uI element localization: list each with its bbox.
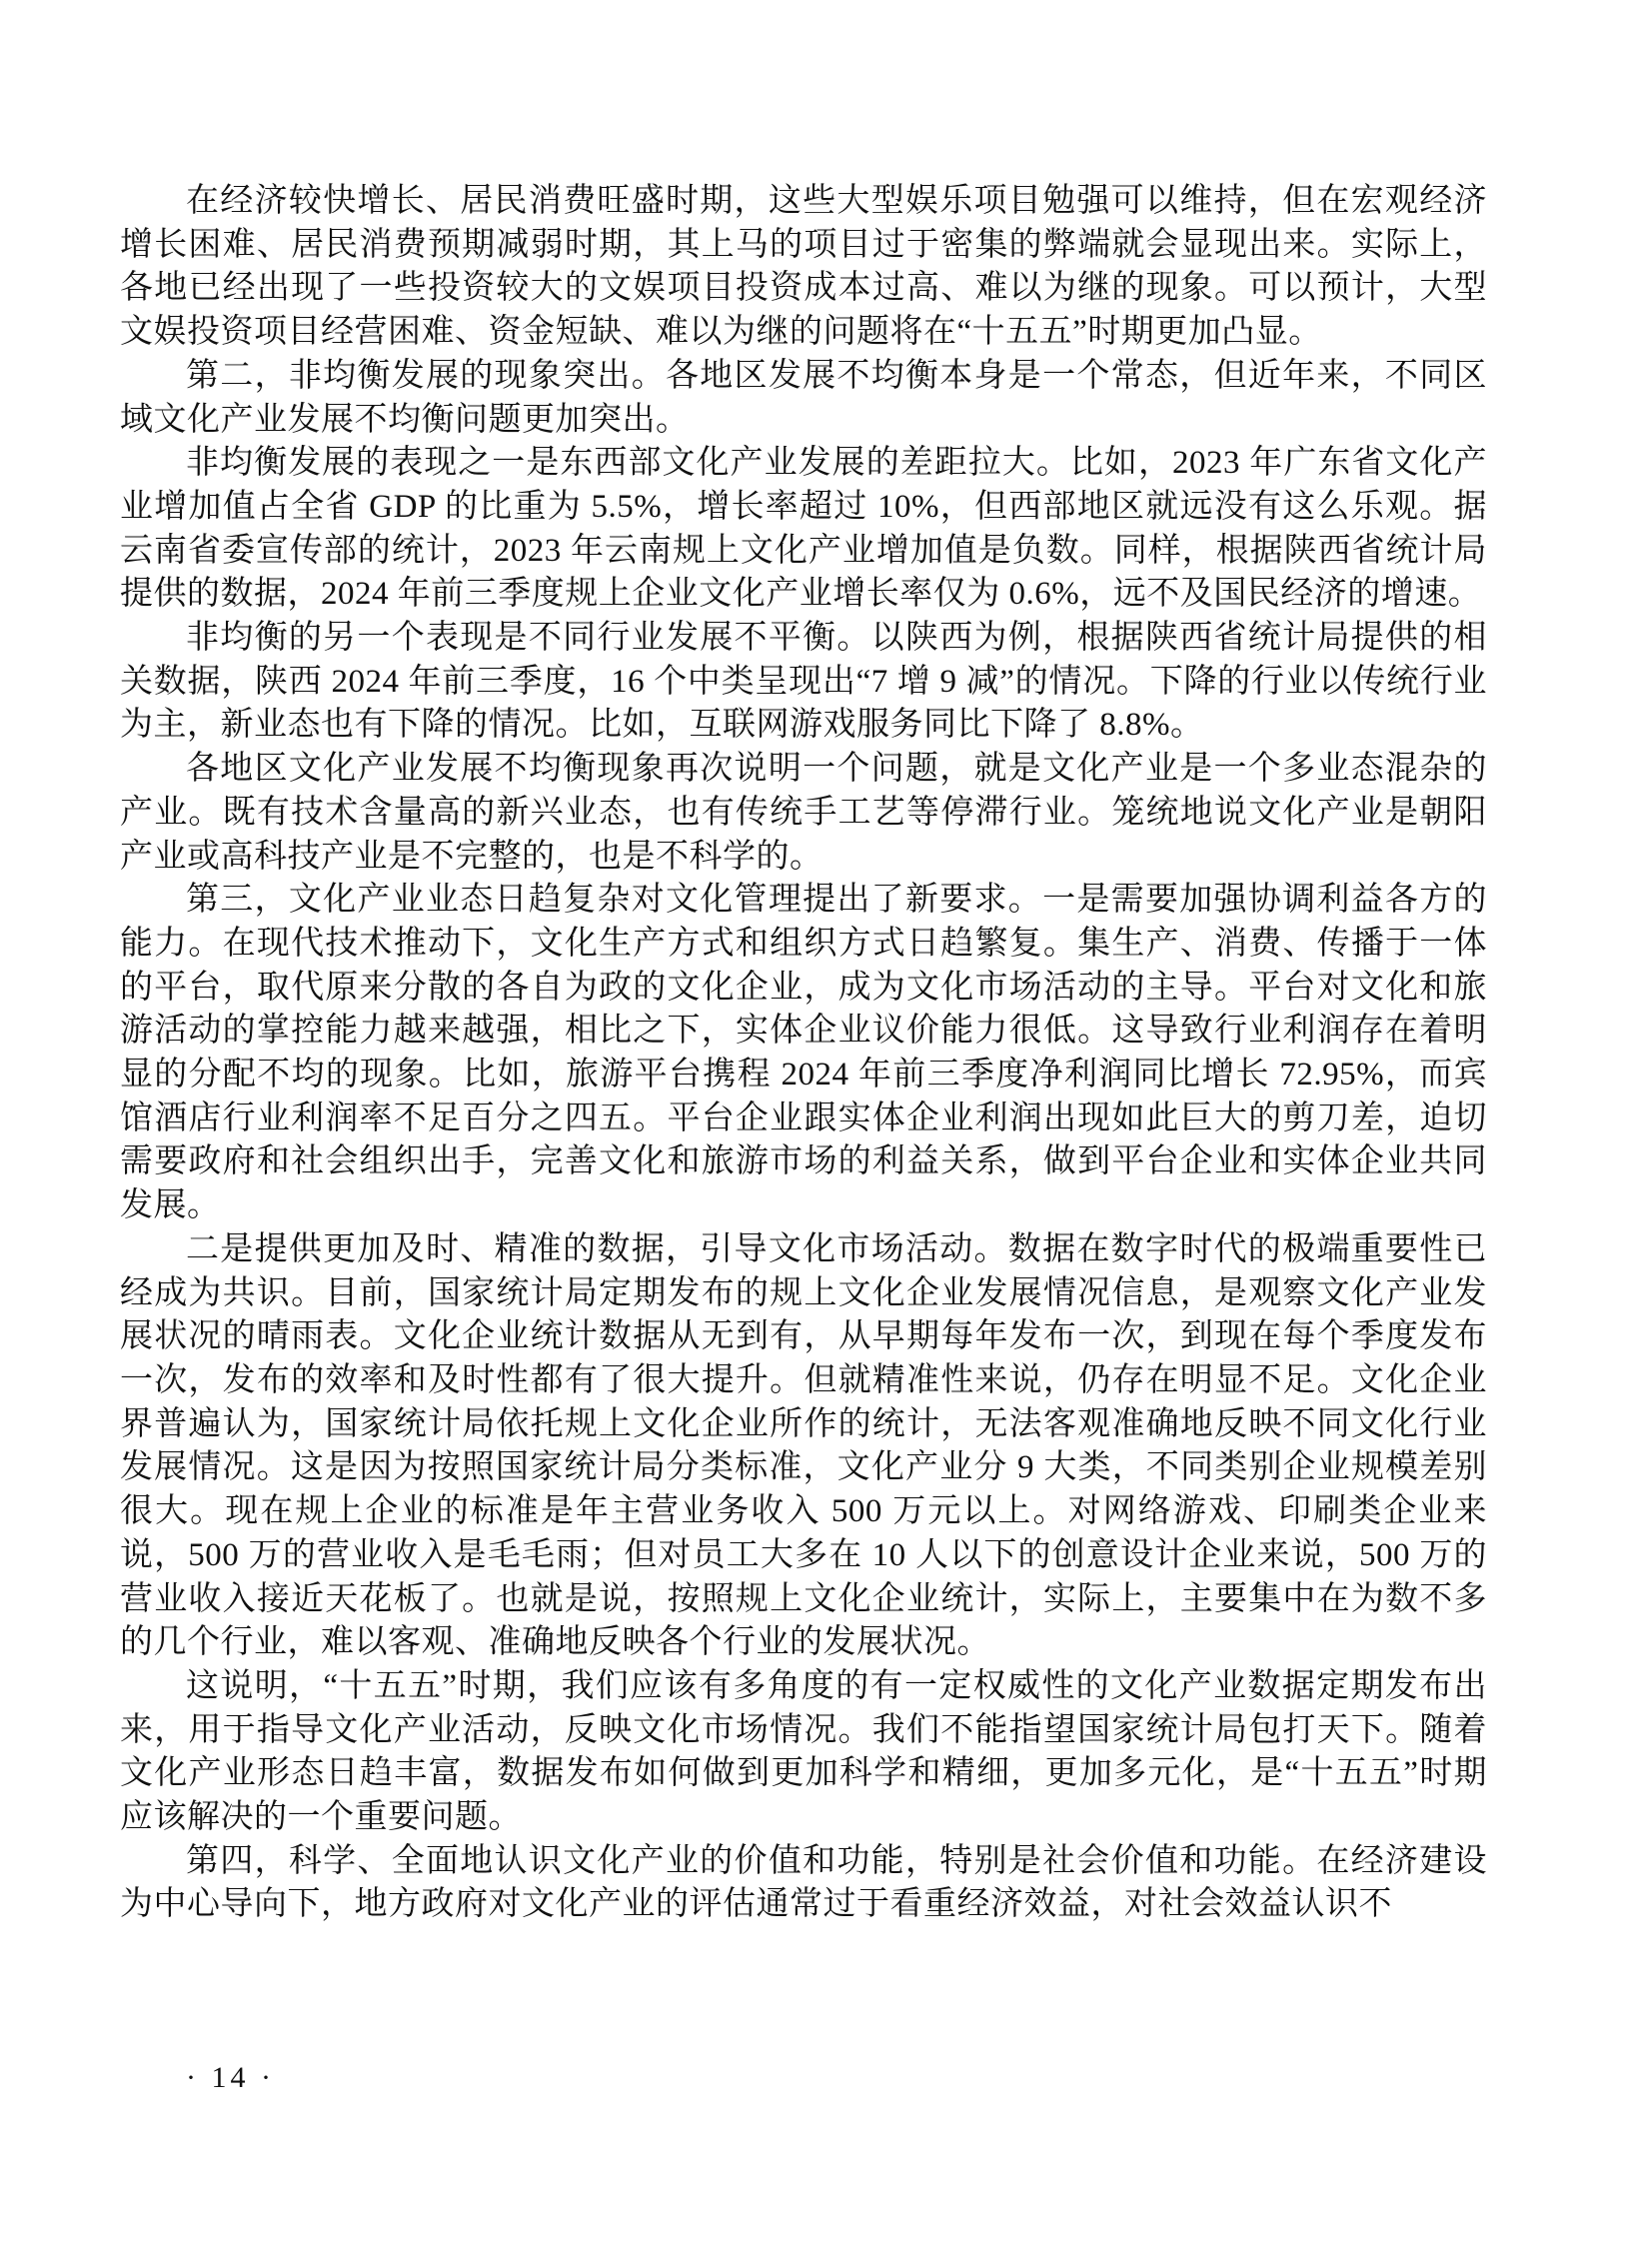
paragraph-3: 非均衡发展的表现之一是东西部文化产业发展的差距拉大。比如，2023 年广东省文化…: [120, 442, 1487, 617]
paragraph-1: 在经济较快增长、居民消费旺盛时期，这些大型娱乐项目勉强可以维持，但在宏观经济增长…: [120, 180, 1487, 355]
paragraph-5: 各地区文化产业发展不均衡现象再次说明一个问题，就是文化产业是一个多业态混杂的产业…: [120, 748, 1487, 879]
paragraph-4: 非均衡的另一个表现是不同行业发展不平衡。以陕西为例，根据陕西省统计局提供的相关数…: [120, 617, 1487, 748]
paragraph-9: 第四，科学、全面地认识文化产业的价值和功能，特别是社会价值和功能。在经济建设为中…: [120, 1840, 1487, 1927]
paragraph-2: 第二，非均衡发展的现象突出。各地区发展不均衡本身是一个常态，但近年来，不同区域文…: [120, 355, 1487, 442]
document-page: 在经济较快增长、居民消费旺盛时期，这些大型娱乐项目勉强可以维持，但在宏观经济增长…: [0, 0, 1652, 2243]
page-body-text: 在经济较快增长、居民消费旺盛时期，这些大型娱乐项目勉强可以维持，但在宏观经济增长…: [120, 180, 1487, 1927]
paragraph-6: 第三，文化产业业态日趋复杂对文化管理提出了新要求。一是需要加强协调利益各方的能力…: [120, 879, 1487, 1228]
paragraph-8: 这说明，“十五五”时期，我们应该有多角度的有一定权威性的文化产业数据定期发布出来…: [120, 1665, 1487, 1840]
paragraph-7: 二是提供更加及时、精准的数据，引导文化市场活动。数据在数字时代的极端重要性已经成…: [120, 1228, 1487, 1665]
page-number: · 14 ·: [186, 2061, 275, 2095]
